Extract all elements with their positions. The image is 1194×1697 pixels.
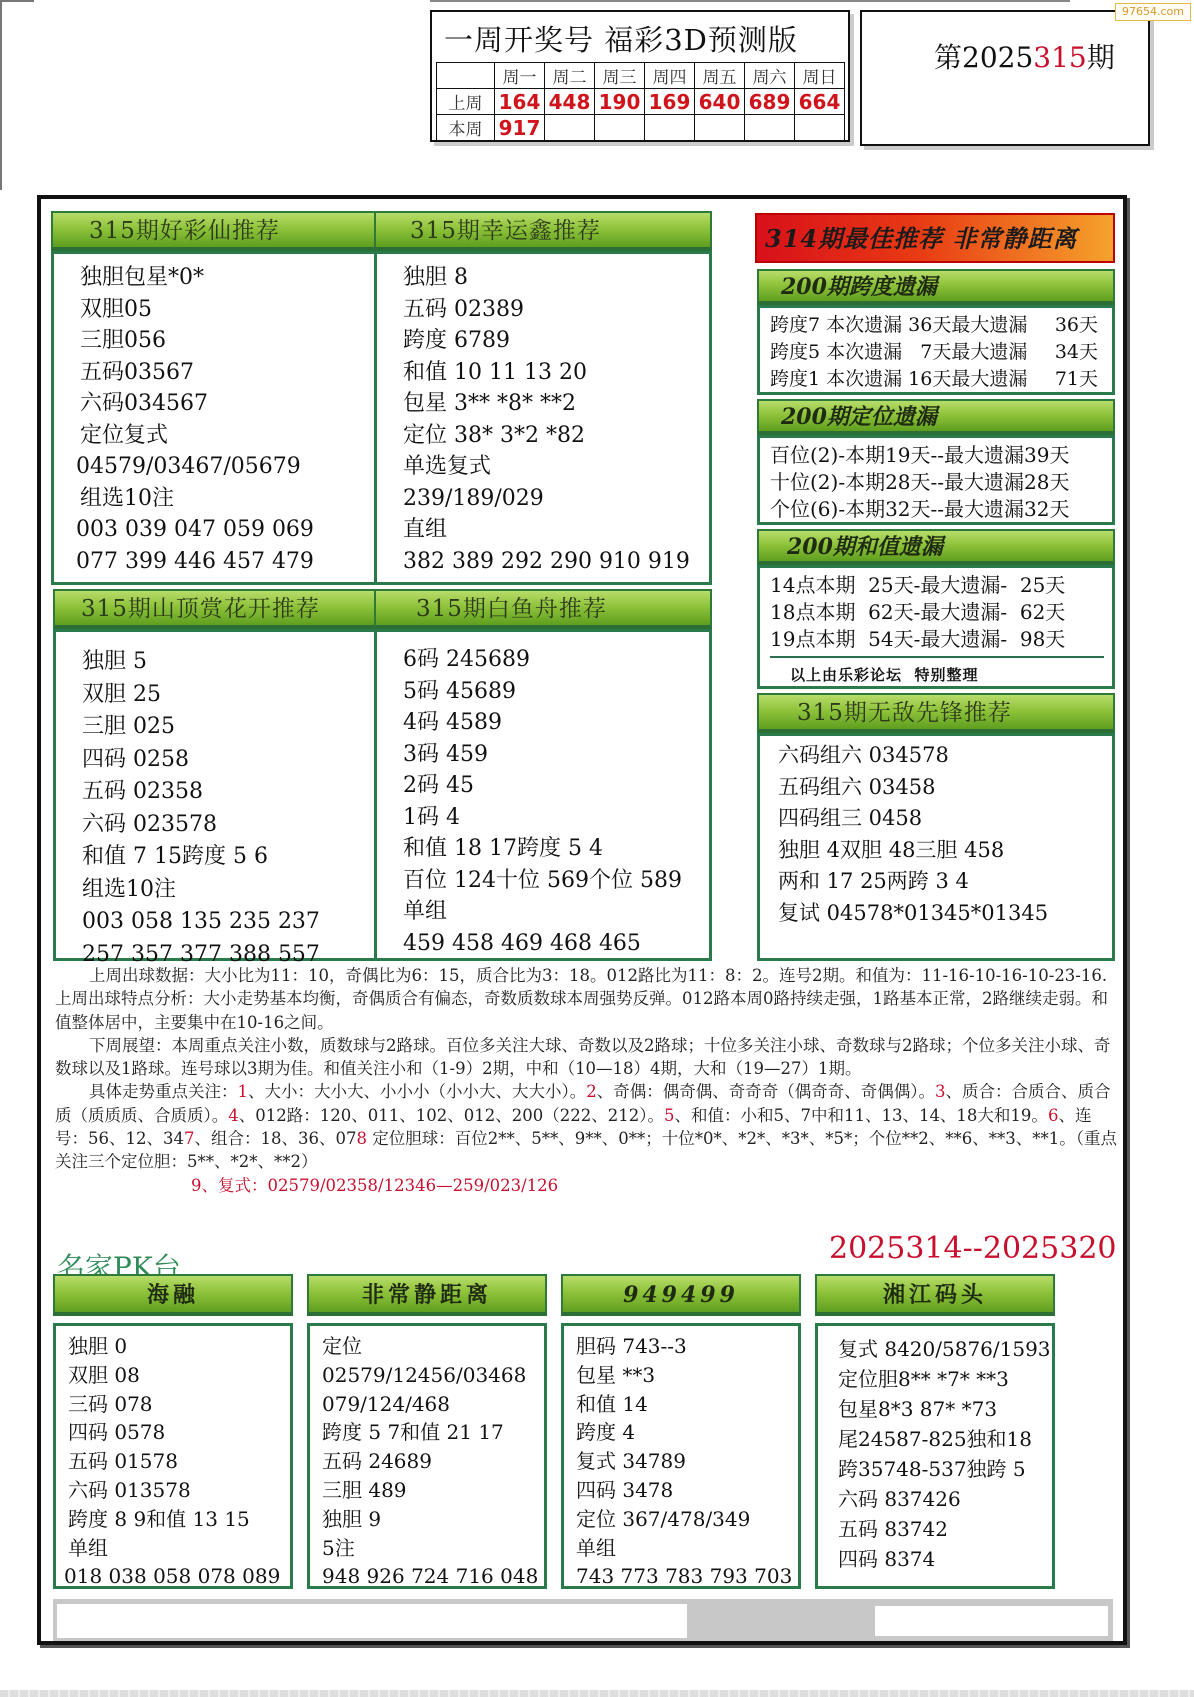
list-item: 复试 04578*01345*01345 xyxy=(778,898,1112,930)
panel-body: 独胆 5 双胆 25 三胆 025 四码 0258 五码 02358 六码 02… xyxy=(53,629,383,961)
draw-number: 169 xyxy=(645,89,695,115)
panel-haocaixian: 315期好彩仙推荐 独胆包星*0* 双胆05 三胆056 五码03567 六码0… xyxy=(51,211,381,585)
list-item: 四码 0258 xyxy=(82,744,380,777)
sum-missing-title: 200期和值遗漏 xyxy=(757,529,1115,565)
list-item: 独胆 8 xyxy=(403,262,709,294)
list-item: 382 389 292 290 910 919 xyxy=(403,546,709,578)
list-item: 和值 10 11 13 20 xyxy=(403,357,709,389)
period-label: 第2025315期 xyxy=(934,36,1115,76)
list-item: 双胆05 xyxy=(80,294,378,326)
list-item: 单组 xyxy=(68,1534,290,1563)
list-item: 复式 34789 xyxy=(576,1447,798,1476)
list-item: 五码组六 03458 xyxy=(778,772,1112,804)
list-item: 单组 xyxy=(403,896,709,928)
list-item: 百位(2)-本期19天--最大遗漏39天 xyxy=(770,442,1112,469)
draw-number: 448 xyxy=(545,89,595,115)
list-item: 定位胆8** *7* **3 xyxy=(838,1364,1052,1394)
panel-title: 315期白鱼舟推荐 xyxy=(374,589,712,629)
draw-number xyxy=(745,115,795,141)
list-item: 三码 078 xyxy=(68,1390,290,1419)
panel-title: 315期山顶赏花开推荐 xyxy=(53,589,383,629)
list-item: 六码034567 xyxy=(80,388,378,420)
list-item: 胆码 743--3 xyxy=(576,1332,798,1361)
divider xyxy=(770,656,1104,658)
panel-title: 315期幸运鑫推荐 xyxy=(374,211,712,251)
analysis-section: 上周出球数据：大小比为11：10，奇偶比为6：15，质合比为3：18。012路比… xyxy=(55,964,1117,1197)
span-missing-title: 200期跨度遗漏 xyxy=(757,269,1115,305)
row-label: 本周 xyxy=(437,115,495,141)
expert-name: 非常静距离 xyxy=(307,1274,547,1316)
list-item: 组选10注 xyxy=(80,483,378,515)
list-item: 079/124/468 xyxy=(322,1390,544,1419)
bottom-rule xyxy=(0,1690,1194,1697)
list-item: 五码 83742 xyxy=(838,1514,1052,1544)
list-item: 跨度7 本次遗漏 36天最大遗漏36天 xyxy=(770,312,1112,339)
list-item: 跨度 4 xyxy=(576,1418,798,1447)
list-item: 三胆 025 xyxy=(82,711,380,744)
list-item: 18点本期 62天-最大遗漏- 62天 xyxy=(770,599,1112,626)
panel-body: 六码组六 034578 五码组六 03458 四码组三 0458 独胆 4双胆 … xyxy=(757,733,1115,961)
day-header: 周一 xyxy=(495,63,545,89)
pk-body: 胆码 743--3 包星 **3 和值 14 跨度 4 复式 34789 四码 … xyxy=(561,1323,801,1589)
pk-panel-hairong: 海融 独胆 0 双胆 08 三码 078 四码 0578 五码 01578 六码… xyxy=(53,1274,293,1589)
list-item: 直组 xyxy=(403,514,709,546)
list-item: 独胆包星*0* xyxy=(80,262,378,294)
list-item: 组选10注 xyxy=(82,874,380,907)
list-item: 定位 xyxy=(322,1332,544,1361)
list-item: 四码 3478 xyxy=(576,1476,798,1505)
list-item: 1码 4 xyxy=(403,802,709,834)
draw-number: 689 xyxy=(745,89,795,115)
list-item: 两和 17 25两跨 3 4 xyxy=(778,866,1112,898)
list-item: 包星 3** *8* **2 xyxy=(403,388,709,420)
list-item: 百位 124十位 569个位 589 xyxy=(403,865,709,897)
list-item: 六码 023578 xyxy=(82,809,380,842)
pk-panel-949499: 949499 胆码 743--3 包星 **3 和值 14 跨度 4 复式 34… xyxy=(561,1274,801,1589)
panel-title: 315期无敌先锋推荐 xyxy=(757,693,1115,733)
list-item: 跨35748-537独跨 5 xyxy=(838,1454,1052,1484)
list-item: 独胆 4双胆 48三胆 458 xyxy=(778,835,1112,867)
divider xyxy=(430,0,1070,2)
day-header: 周三 xyxy=(595,63,645,89)
list-item: 003 058 135 235 237 xyxy=(82,906,380,939)
expert-name: 海融 xyxy=(53,1274,293,1316)
list-item: 单选复式 xyxy=(403,451,709,483)
expert-name: 949499 xyxy=(561,1274,801,1316)
position-missing-body: 百位(2)-本期19天--最大遗漏39天 十位(2)-本期28天--最大遗漏28… xyxy=(757,435,1115,525)
list-item: 四码 8374 xyxy=(838,1544,1052,1574)
list-item: 跨度 6789 xyxy=(403,325,709,357)
position-missing-title: 200期定位遗漏 xyxy=(757,399,1115,435)
list-item: 02579/12456/03468 xyxy=(322,1361,544,1390)
list-item: 五码 24689 xyxy=(322,1447,544,1476)
list-item: 尾24587-825独和18 xyxy=(838,1424,1052,1454)
watermark-link[interactable]: 97654.com xyxy=(1115,3,1191,21)
panel-wudi: 315期无敌先锋推荐 六码组六 034578 五码组六 03458 四码组三 0… xyxy=(757,693,1115,961)
key-trends: 具体走势重点关注：1、大小：大小大、小小小（小小大、大大小）。2、奇偶：偶奇偶、… xyxy=(55,1080,1117,1173)
list-item: 5码 45689 xyxy=(403,676,709,708)
panel-title: 315期好彩仙推荐 xyxy=(51,211,381,251)
day-header: 周日 xyxy=(795,63,845,89)
credit-note: 以上由乐彩论坛 特别整理 xyxy=(790,664,978,685)
list-item: 六码组六 034578 xyxy=(778,740,1112,772)
list-item: 定位复式 xyxy=(80,420,378,452)
weekly-draws-title: 一周开奖号 福彩3D预测版 xyxy=(444,18,798,59)
table-row: 上周 164 448 190 169 640 689 664 xyxy=(437,89,845,115)
list-item: 五码 01578 xyxy=(68,1447,290,1476)
list-item: 14点本期 25天-最大遗漏- 25天 xyxy=(770,572,1112,599)
list-item: 743 773 783 793 703 xyxy=(576,1562,798,1591)
table-header-row: 周一 周二 周三 周四 周五 周六 周日 xyxy=(437,63,845,89)
compound-recommendation: 9、复式：02579/02358/12346—259/023/126 xyxy=(55,1174,1117,1197)
panel-body: 独胆包星*0* 双胆05 三胆056 五码03567 六码034567 定位复式… xyxy=(51,251,381,585)
draw-number xyxy=(545,115,595,141)
table-row: 本周 917 xyxy=(437,115,845,141)
draw-number xyxy=(645,115,695,141)
pk-body: 独胆 0 双胆 08 三码 078 四码 0578 五码 01578 六码 01… xyxy=(53,1323,293,1589)
list-item: 018 038 058 078 089 xyxy=(64,1562,290,1591)
list-item: 2码 45 xyxy=(403,770,709,802)
page-edge xyxy=(0,0,34,2)
weekly-draws-table: 周一 周二 周三 周四 周五 周六 周日 上周 164 448 190 169 … xyxy=(436,62,845,141)
footer-blank xyxy=(875,1606,1108,1636)
panel-body: 独胆 8 五码 02389 跨度 6789 和值 10 11 13 20 包星 … xyxy=(374,251,712,585)
sum-missing-body: 14点本期 25天-最大遗漏- 25天 18点本期 62天-最大遗漏- 62天 … xyxy=(757,565,1115,689)
span-missing-body: 跨度7 本次遗漏 36天最大遗漏36天 跨度5 本次遗漏 7天最大遗漏34天 跨… xyxy=(757,305,1115,395)
list-item: 单组 xyxy=(576,1534,798,1563)
list-item: 跨度 8 9和值 13 15 xyxy=(68,1505,290,1534)
list-item: 五码 02389 xyxy=(403,294,709,326)
list-item: 五码 02358 xyxy=(82,776,380,809)
list-item: 双胆 25 xyxy=(82,679,380,712)
draw-number: 664 xyxy=(795,89,845,115)
list-item: 459 458 469 468 465 xyxy=(403,928,709,960)
panel-xingyunxin: 315期幸运鑫推荐 独胆 8 五码 02389 跨度 6789 和值 10 11… xyxy=(374,211,712,585)
list-item: 独胆 5 xyxy=(82,646,380,679)
list-item: 跨度1 本次遗漏 16天最大遗漏71天 xyxy=(770,366,1112,393)
list-item: 04579/03467/05679 xyxy=(76,451,378,483)
list-item: 三胆056 xyxy=(80,325,378,357)
page-edge xyxy=(0,0,2,190)
day-header: 周六 xyxy=(745,63,795,89)
list-item: 四码 0578 xyxy=(68,1418,290,1447)
list-item: 3码 459 xyxy=(403,739,709,771)
period-number: 315 xyxy=(1033,41,1086,74)
footer-bar xyxy=(53,1599,1113,1641)
list-item: 五码03567 xyxy=(80,357,378,389)
list-item: 六码 837426 xyxy=(838,1484,1052,1514)
list-item: 定位 38* 3*2 *82 xyxy=(403,420,709,452)
list-item: 四码组三 0458 xyxy=(778,803,1112,835)
day-header: 周四 xyxy=(645,63,695,89)
panel-shanding: 315期山顶赏花开推荐 独胆 5 双胆 25 三胆 025 四码 0258 五码… xyxy=(53,589,383,961)
list-item: 独胆 9 xyxy=(322,1505,544,1534)
footer-blank xyxy=(57,1604,687,1638)
pk-panel-feichangjingjuli: 非常静距离 定位 02579/12456/03468 079/124/468 跨… xyxy=(307,1274,547,1589)
list-item: 三胆 489 xyxy=(322,1476,544,1505)
list-item: 定位 367/478/349 xyxy=(576,1505,798,1534)
list-item: 十位(2)-本期28天--最大遗漏28天 xyxy=(770,469,1112,496)
list-item: 6码 245689 xyxy=(403,644,709,676)
panel-baiyuzhou: 315期白鱼舟推荐 6码 245689 5码 45689 4码 4589 3码 … xyxy=(374,589,712,961)
list-item: 六码 013578 xyxy=(68,1476,290,1505)
next-week-outlook: 下周展望：本周重点关注小数，质数球与2路球。百位多关注大球、奇数以及2路球；十位… xyxy=(55,1034,1117,1081)
list-item: 包星 **3 xyxy=(576,1361,798,1390)
draw-number xyxy=(695,115,745,141)
list-item: 和值 14 xyxy=(576,1390,798,1419)
list-item: 19点本期 54天-最大遗漏- 98天 xyxy=(770,626,1112,653)
pk-panel-xiangjiangmatou: 湘江码头 复式 8420/5876/1593 定位胆8** *7* **3 包星… xyxy=(815,1274,1055,1589)
day-header: 周二 xyxy=(545,63,595,89)
list-item: 5注 xyxy=(322,1534,544,1563)
draw-number xyxy=(795,115,845,141)
period-box: 第2025315期 xyxy=(860,10,1150,146)
list-item: 4码 4589 xyxy=(403,707,709,739)
list-item: 独胆 0 xyxy=(68,1332,290,1361)
list-item: 077 399 446 457 479 xyxy=(76,546,378,578)
main-frame: 315期好彩仙推荐 独胆包星*0* 双胆05 三胆056 五码03567 六码0… xyxy=(37,195,1127,1645)
list-item: 跨度 5 7和值 21 17 xyxy=(322,1418,544,1447)
draw-number: 164 xyxy=(495,89,545,115)
panel-body: 6码 245689 5码 45689 4码 4589 3码 459 2码 45 … xyxy=(374,629,712,961)
list-item: 和值 7 15跨度 5 6 xyxy=(82,841,380,874)
day-header: 周五 xyxy=(695,63,745,89)
best-recommend-title: 314期最佳推荐 非常静距离 xyxy=(755,213,1115,263)
draw-number: 917 xyxy=(495,115,545,141)
list-item: 复式 8420/5876/1593 xyxy=(838,1334,1052,1364)
list-item: 双胆 08 xyxy=(68,1361,290,1390)
draw-number xyxy=(595,115,645,141)
list-item: 948 926 724 716 048 xyxy=(322,1562,544,1591)
list-item: 和值 18 17跨度 5 4 xyxy=(403,833,709,865)
draw-number: 640 xyxy=(695,89,745,115)
weekly-draws-box: 一周开奖号 福彩3D预测版 周一 周二 周三 周四 周五 周六 周日 上周 16… xyxy=(430,10,850,142)
pk-body: 复式 8420/5876/1593 定位胆8** *7* **3 包星8*3 8… xyxy=(815,1323,1055,1589)
last-week-analysis: 上周出球数据：大小比为11：10，奇偶比为6：15，质合比为3：18。012路比… xyxy=(55,964,1117,1034)
list-item: 003 039 047 059 069 xyxy=(76,514,378,546)
list-item: 跨度5 本次遗漏 7天最大遗漏34天 xyxy=(770,339,1112,366)
draw-number: 190 xyxy=(595,89,645,115)
list-item: 包星8*3 87* *73 xyxy=(838,1394,1052,1424)
expert-name: 湘江码头 xyxy=(815,1274,1055,1316)
row-label: 上周 xyxy=(437,89,495,115)
list-item: 239/189/029 xyxy=(403,483,709,515)
list-item: 个位(6)-本期32天--最大遗漏32天 xyxy=(770,496,1112,523)
pk-body: 定位 02579/12456/03468 079/124/468 跨度 5 7和… xyxy=(307,1323,547,1589)
